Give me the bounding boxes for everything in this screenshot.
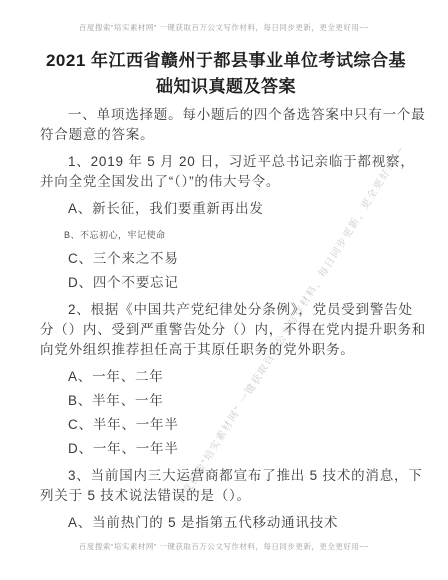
document-title-line1: 2021 年江西省赣州于都县事业单位考试综合基: [40, 48, 412, 74]
question-2-option-a: A、一年、二年: [40, 367, 412, 387]
question-1-option-d: D、四个不要忘记: [40, 273, 412, 293]
document-title: 2021 年江西省赣州于都县事业单位考试综合基 础知识真题及答案: [40, 48, 412, 100]
question-3-option-a: A、当前热门的 5 是指第五代移动通讯技术: [40, 513, 412, 533]
question-2-option-d: D、一年、一年半: [40, 439, 412, 459]
promo-footer-text: 百度搜索“培实素材网” 一键获取百万公文写作材料，每日同步更新，更全更好用~~: [0, 541, 448, 552]
question-3: 3、当前国内三大运营商都宣布了推出 5 技术的消息，下 列关于 5 技术说法错误…: [40, 466, 412, 506]
question-2-line3: 向党外组织推荐担任高于其原任职务的党外职务。: [40, 340, 412, 360]
question-2-line2: 分（）内、受到严重警告处分（）内，不得在党内提升职务和: [40, 320, 412, 340]
document-title-line2: 础知识真题及答案: [40, 74, 412, 100]
question-1-option-c: C、三个来之不易: [40, 249, 412, 269]
question-1-option-a: A、新长征，我们要重新再出发: [40, 199, 412, 219]
question-1: 1、2019 年 5 月 20 日，习近平总书记亲临于都视察， 并向全党全国发出…: [40, 152, 412, 192]
question-2-line1: 2、根据《中国共产党纪律处分条例》，党员受到警告处: [40, 300, 412, 320]
question-1-line2: 并向全党全国发出了“（）”的伟大号令。: [40, 172, 412, 192]
section-heading-line2: 符合题意的答案。: [40, 125, 412, 145]
question-2: 2、根据《中国共产党纪律处分条例》，党员受到警告处 分（）内、受到严重警告处分（…: [40, 300, 412, 360]
document-body: 2021 年江西省赣州于都县事业单位考试综合基 础知识真题及答案 一、单项选择题…: [40, 48, 412, 533]
document-page: 百度搜索“培实素材网” 一键获取百万公文写作材料，每日同步更新，更全更好用~~ …: [0, 0, 448, 580]
promo-header-text: 百度搜索“培实素材网” 一键获取百万公文写作材料，每日同步更新，更全更好用~~: [0, 22, 448, 33]
question-1-option-b: B、不忘初心，牢记使命: [40, 228, 412, 242]
question-2-option-b: B、半年、一年: [40, 391, 412, 411]
question-3-line2: 列关于 5 技术说法错误的是（）。: [40, 486, 412, 506]
question-2-option-c: C、半年、一年半: [40, 415, 412, 435]
question-3-line1: 3、当前国内三大运营商都宣布了推出 5 技术的消息，下: [40, 466, 412, 486]
section-heading: 一、单项选择题。每小题后的四个备选答案中只有一个最 符合题意的答案。: [40, 105, 412, 145]
question-1-line1: 1、2019 年 5 月 20 日，习近平总书记亲临于都视察，: [40, 152, 412, 172]
section-heading-line1: 一、单项选择题。每小题后的四个备选答案中只有一个最: [40, 105, 412, 125]
